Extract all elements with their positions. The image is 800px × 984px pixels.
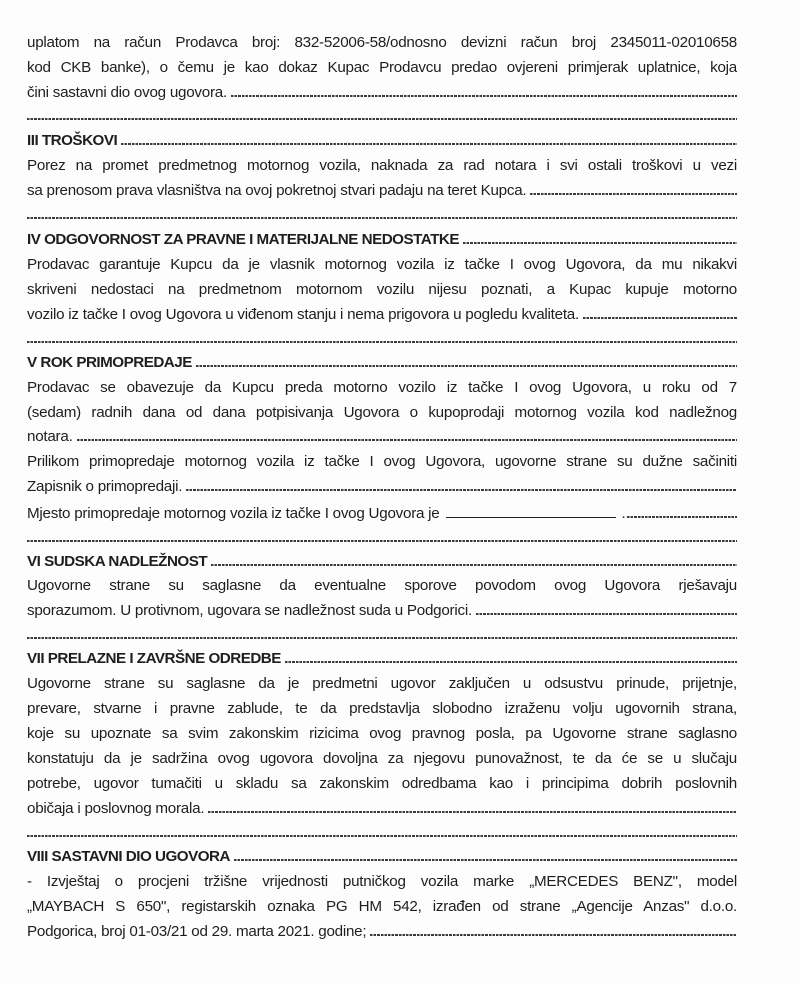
dash-fill bbox=[121, 143, 737, 145]
dash-fill bbox=[234, 859, 737, 861]
section-heading-text: VII PRELAZNE I ZAVRŠNE ODREDBE bbox=[27, 648, 283, 670]
dash-fill bbox=[463, 242, 737, 244]
section-heading-odgovornost: IV ODGOVORNOST ZA PRAVNE I MATERIJALNE N… bbox=[27, 229, 737, 251]
dash-fill bbox=[196, 365, 737, 367]
section-line: Prilikom primopredaje motornog vozila iz… bbox=[27, 451, 737, 473]
section-line: sporazumom. U protivnom, ugovara se nadl… bbox=[27, 600, 737, 622]
section-line-text: notara. bbox=[27, 426, 75, 448]
intro-line-text: čini sastavni dio ovog ugovora. bbox=[27, 82, 229, 104]
section-line: skriveni nedostaci na predmetnom motorno… bbox=[27, 279, 737, 301]
section-heading-sastavni-dio: VIII SASTAVNI DIO UGOVORA bbox=[27, 846, 737, 868]
place-of-handover-blank-field[interactable] bbox=[446, 505, 616, 518]
section-line: običaja i poslovnog morala. bbox=[27, 798, 737, 820]
section-line-text: Podgorica, broj 01-03/21 od 29. marta 20… bbox=[27, 921, 368, 943]
dash-fill bbox=[285, 661, 737, 663]
dashed-separator bbox=[27, 637, 737, 639]
section-line-text: običaja i poslovnog morala. bbox=[27, 798, 206, 820]
dash-fill bbox=[370, 934, 737, 936]
dash-fill bbox=[208, 811, 737, 813]
dash-fill bbox=[530, 193, 737, 195]
dash-fill bbox=[476, 613, 737, 615]
section-heading-rok-primopredaje: V ROK PRIMOPREDAJE bbox=[27, 352, 737, 374]
dashed-separator bbox=[27, 341, 737, 343]
dash-fill bbox=[231, 95, 737, 97]
section-line: Podgorica, broj 01-03/21 od 29. marta 20… bbox=[27, 921, 737, 943]
section-line: koje su upoznate sa svim zakonskim rizic… bbox=[27, 723, 737, 745]
dashed-separator bbox=[27, 118, 737, 120]
section-line-text: vozilo iz tačke I ovog Ugovora u viđenom… bbox=[27, 304, 581, 326]
section-heading-sudska-nadleznost: VI SUDSKA NADLEŽNOST bbox=[27, 551, 737, 573]
section-heading-text: VI SUDSKA NADLEŽNOST bbox=[27, 551, 209, 573]
dash-fill bbox=[627, 516, 737, 518]
dash-fill bbox=[211, 564, 737, 566]
dash-fill bbox=[77, 439, 737, 441]
section-line: vozilo iz tačke I ovog Ugovora u viđenom… bbox=[27, 304, 737, 326]
section-line-text: sa prenosom prava vlasništva na ovoj pok… bbox=[27, 180, 528, 202]
section-line: prevare, stvarne i pravne zablude, te da… bbox=[27, 698, 737, 720]
section-heading-prelazne-odredbe: VII PRELAZNE I ZAVRŠNE ODREDBE bbox=[27, 648, 737, 670]
section-line: Porez na promet predmetnog motornog vozi… bbox=[27, 155, 737, 177]
dashed-separator bbox=[27, 540, 737, 542]
section-heading-text: V ROK PRIMOPREDAJE bbox=[27, 352, 194, 374]
place-of-handover-line: Mjesto primopredaje motornog vozila iz t… bbox=[27, 503, 737, 525]
dash-fill bbox=[186, 489, 737, 491]
section-heading-text: VIII SASTAVNI DIO UGOVORA bbox=[27, 846, 232, 868]
section-line: „MAYBACH S 650", registarskih oznaka PG … bbox=[27, 896, 737, 918]
dashed-separator bbox=[27, 835, 737, 837]
intro-line: kod CKB banke), o čemu je kao dokaz Kupa… bbox=[27, 57, 737, 79]
dashed-separator bbox=[27, 217, 737, 219]
section-heading-troskovi: III TROŠKOVI bbox=[27, 130, 737, 152]
section-line: Prodavac se obavezuje da Kupcu preda mot… bbox=[27, 377, 737, 399]
section-line: - Izvještaj o procjeni tržišne vrijednos… bbox=[27, 871, 737, 893]
section-line: notara. bbox=[27, 426, 737, 448]
section-line-text: Zapisnik o primopredaji. bbox=[27, 476, 184, 498]
section-heading-text: III TROŠKOVI bbox=[27, 130, 119, 152]
intro-line: uplatom na račun Prodavca broj: 832-5200… bbox=[27, 32, 737, 54]
dash-fill bbox=[583, 317, 737, 319]
section-line: sa prenosom prava vlasništva na ovoj pok… bbox=[27, 180, 737, 202]
section-line: (sedam) radnih dana od dana potpisivanja… bbox=[27, 402, 737, 424]
section-line: konstatuju da je sadržina ovog ugovora d… bbox=[27, 748, 737, 770]
document-page: uplatom na račun Prodavca broj: 832-5200… bbox=[0, 0, 800, 984]
place-of-handover-label: Mjesto primopredaje motornog vozila iz t… bbox=[27, 503, 442, 525]
section-heading-text: IV ODGOVORNOST ZA PRAVNE I MATERIJALNE N… bbox=[27, 229, 461, 251]
intro-line: čini sastavni dio ovog ugovora. bbox=[27, 82, 737, 104]
section-line: Ugovorne strane su saglasne da eventualn… bbox=[27, 575, 737, 597]
place-of-handover-period: . bbox=[622, 503, 626, 525]
section-line: Zapisnik o primopredaji. bbox=[27, 476, 737, 498]
section-line: Ugovorne strane su saglasne da je predme… bbox=[27, 673, 737, 695]
section-line: potrebe, ugovor tumačiti u skladu sa zak… bbox=[27, 773, 737, 795]
section-line-text: sporazumom. U protivnom, ugovara se nadl… bbox=[27, 600, 474, 622]
section-line: Prodavac garantuje Kupcu da je vlasnik m… bbox=[27, 254, 737, 276]
